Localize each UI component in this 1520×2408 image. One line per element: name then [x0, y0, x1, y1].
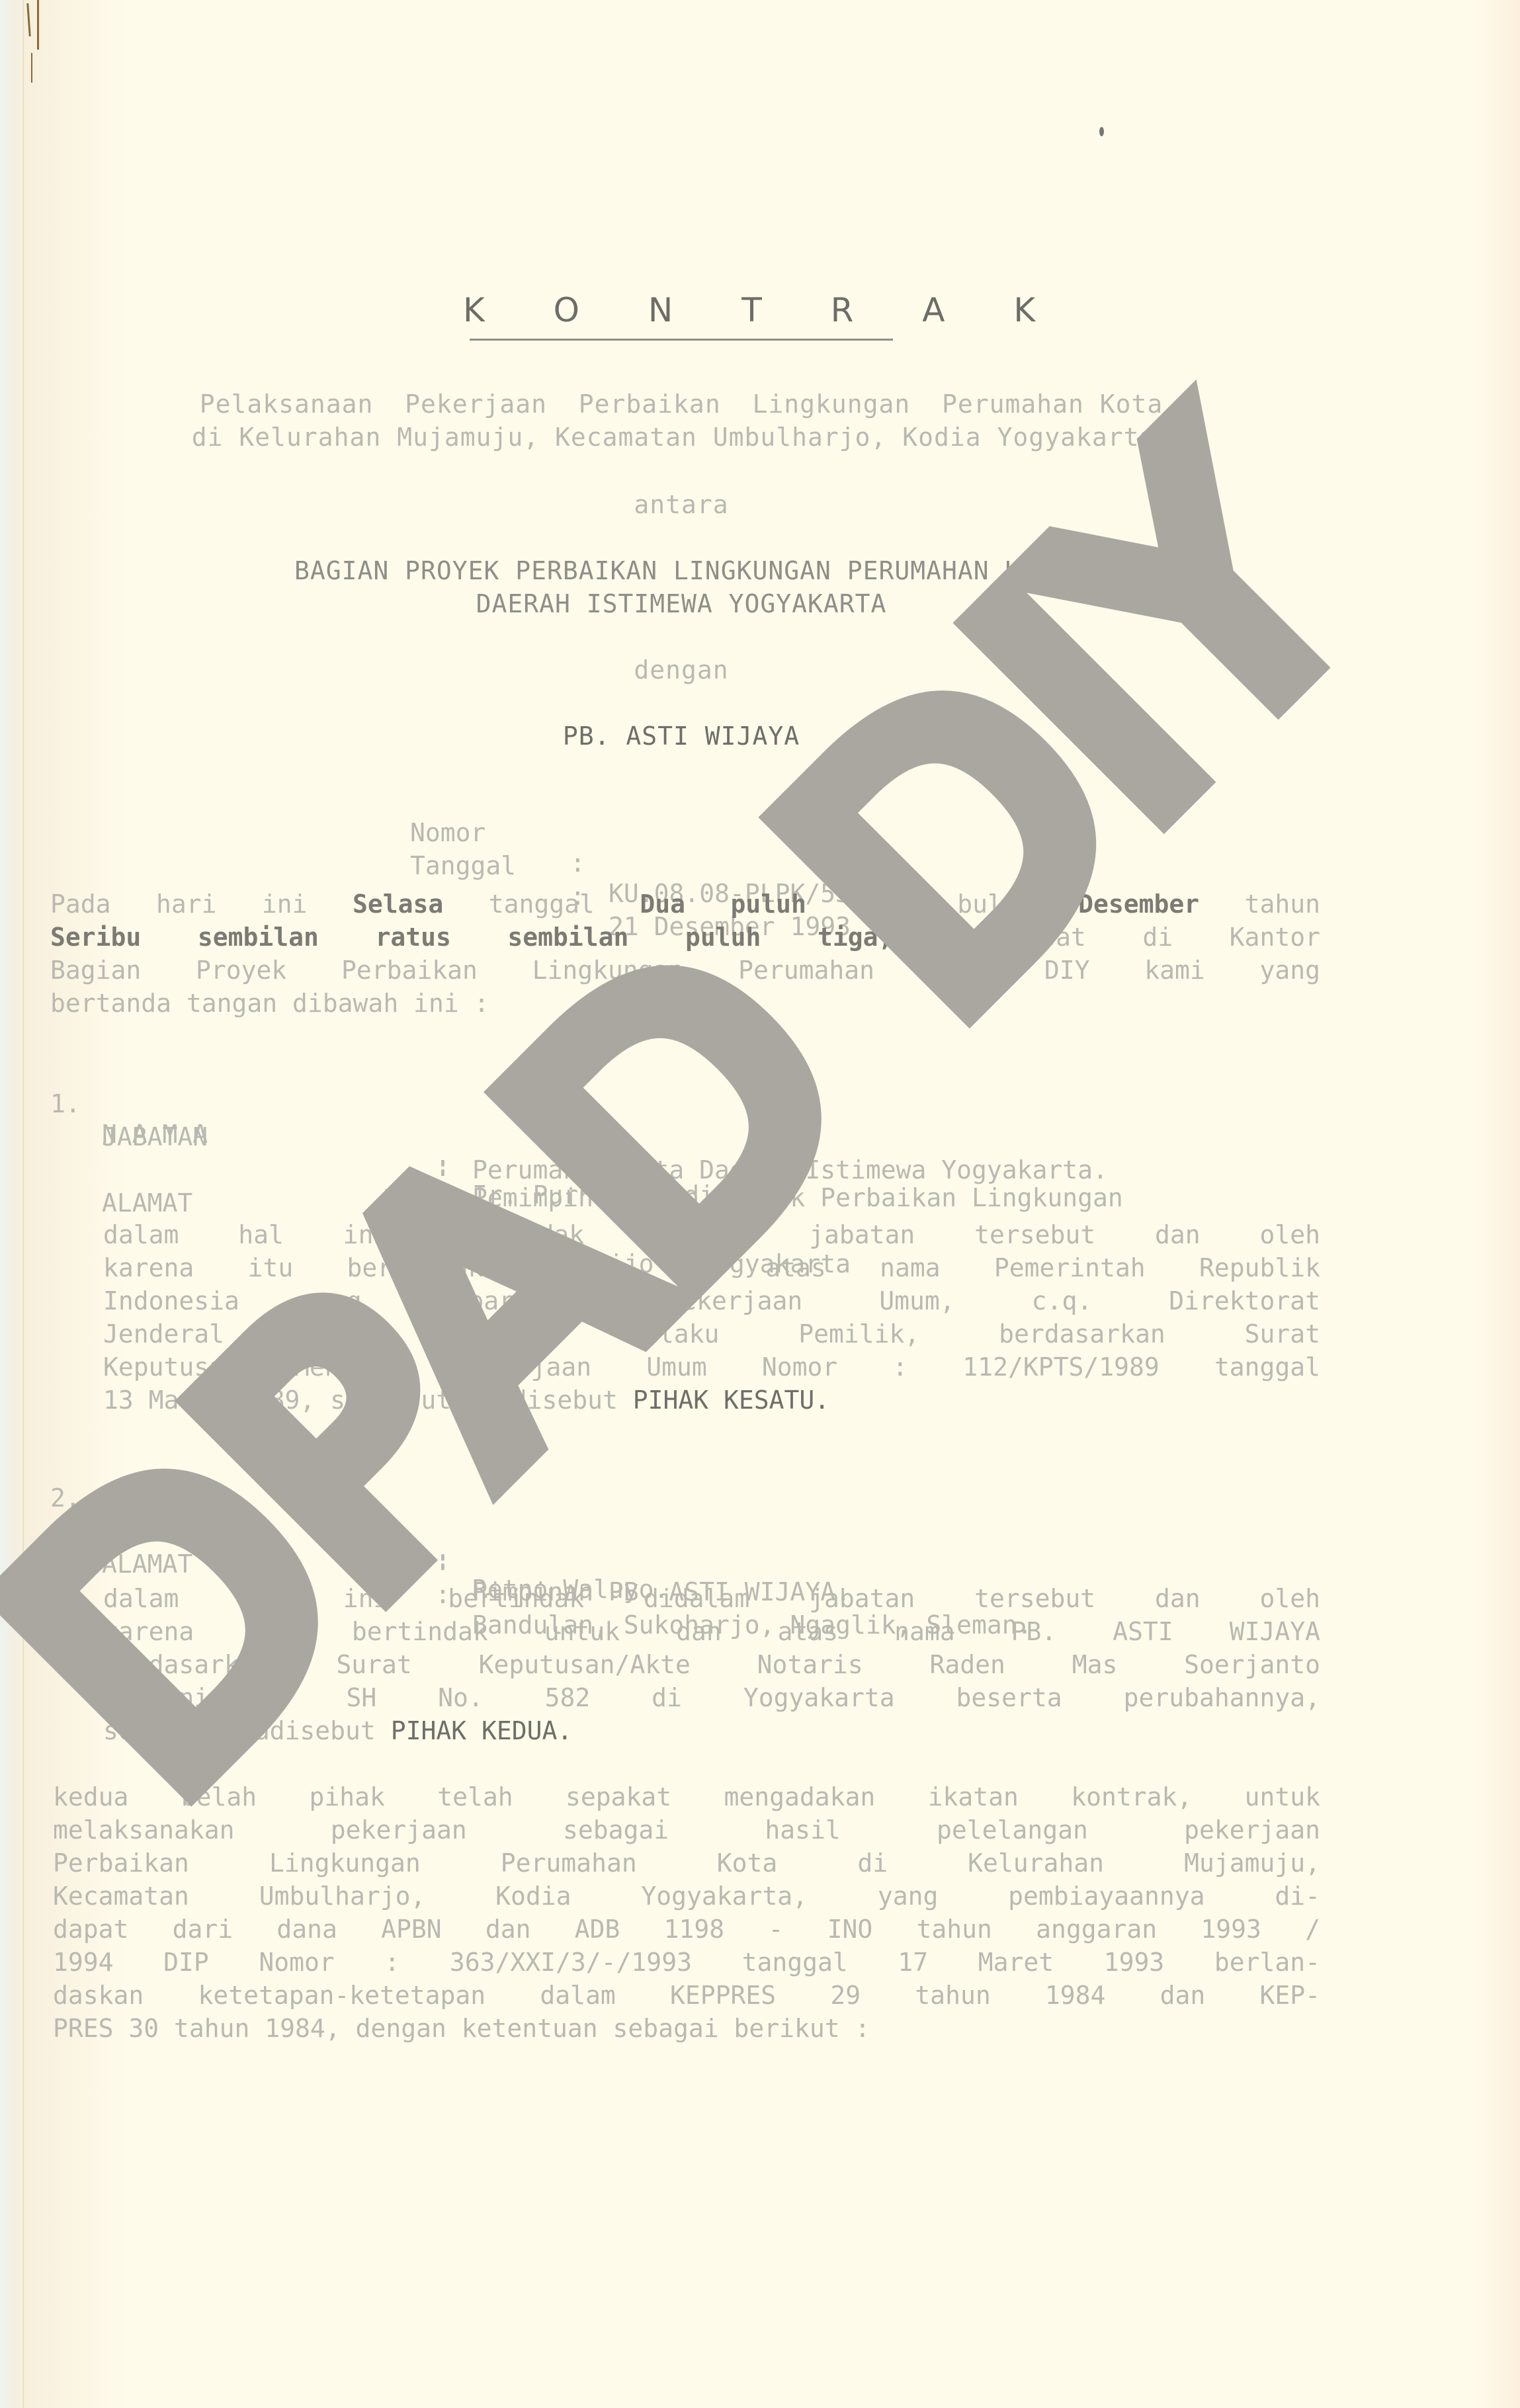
- between-label: antara: [0, 489, 1363, 520]
- party2-jabatan-colon: :: [435, 1546, 450, 1577]
- party1-desc-line-2: karena itu bertindak untuk dan atas nama…: [103, 1251, 1320, 1284]
- subject-line-2: di Kelurahan Mujamuju, Kecamatan Umbulha…: [0, 422, 1363, 452]
- party2-desc-line-3: berdasarkan Surat Keputusan/Akte Notaris…: [103, 1648, 1320, 1681]
- party1-jabatan-value-2: Perumahan Kota Daerah Istimewa Yogyakart…: [472, 1155, 1108, 1185]
- party2-desc-line-4: Partaningrat SH No. 582 di Yogyakarta be…: [103, 1681, 1320, 1714]
- party1-desc-line-5: Keputusan Menteri Pekerjaan Umum Nomor :…: [103, 1350, 1320, 1384]
- stain-mark: [37, 0, 39, 50]
- closing-line-1: kedua belah pihak telah sepakat mengadak…: [53, 1780, 1320, 1813]
- closing-line-6: 1994 DIP Nomor : 363/XXI/3/-/1993 tangga…: [53, 1946, 1320, 1979]
- page-shadow-right: [1474, 0, 1520, 2408]
- date-words: Dua puluh satu: [640, 890, 911, 919]
- page-binding-edge: [0, 0, 24, 2408]
- with-label: dengan: [0, 655, 1363, 685]
- party1-role: PIHAK KESATU.: [633, 1386, 829, 1415]
- nomor-colon: :: [570, 848, 585, 878]
- closing-line-7: daskan ketetapan-ketetapan dalam KEPPRES…: [53, 1979, 1320, 2012]
- opening-line-2: Seribu sembilan ratus sembilan puluh tig…: [50, 921, 1320, 954]
- party2-role: PIHAK KEDUA.: [391, 1716, 573, 1745]
- document-title: K O N T R A K: [463, 291, 1064, 329]
- party1-desc-line-3: Indonesia c.q Departemen Pekerjaan Umum,…: [103, 1284, 1320, 1317]
- party1-jabatan-label: JABATAN: [102, 1122, 208, 1152]
- opening-line-4: bertanda tangan dibawah ini :: [50, 987, 489, 1020]
- opening-line-1: Pada hari ini Selasa tanggal Dua puluh s…: [50, 888, 1320, 921]
- party-one-heading-line-1: BAGIAN PROYEK PERBAIKAN LINGKUNGAN PERUM…: [0, 556, 1363, 586]
- party2-alamat-row: ALAMAT : Bandulan, Sukoharjo, Ngaglik, S…: [50, 1518, 111, 1671]
- stain-mark: [31, 53, 32, 83]
- text: tahun: [1199, 890, 1320, 919]
- party1-desc-line-6: 13 Maret 1989, selanjutnya disebut PIHAK…: [103, 1384, 829, 1417]
- closing-line-4: Kecamatan Umbulharjo, Kodia Yogyakarta, …: [53, 1880, 1320, 1913]
- party2-alamat-label: ALAMAT: [102, 1549, 192, 1579]
- party2-desc-line-1: dalam hal ini bertindak didalam jabatan …: [103, 1582, 1320, 1615]
- tanggal-label: Tanggal: [410, 851, 516, 881]
- party2-desc-line-5: selanjutnyadisebut PIHAK KEDUA.: [103, 1714, 572, 1747]
- party1-alamat-label: ALAMAT: [102, 1188, 192, 1218]
- closing-line-5: dapat dari dana APBN dan ADB 1198 - INO …: [53, 1913, 1320, 1946]
- closing-line-3: Perbaikan Lingkungan Perumahan Kota di K…: [53, 1847, 1320, 1880]
- year-words: Seribu sembilan ratus sembilan puluh tig…: [50, 923, 893, 952]
- ink-dot: [1099, 127, 1104, 136]
- text: bertempat di Kantor: [893, 923, 1320, 952]
- party1-desc-line-4: Jenderal Cipta Karya, selaku Pemilik, be…: [103, 1317, 1320, 1350]
- party1-jabatan-value-1: Pemimpin Bagian Proyek Perbaikan Lingkun…: [472, 1183, 1123, 1213]
- month-name: Desember: [1078, 890, 1199, 919]
- subject-line-1: Pelaksanaan Pekerjaan Perbaikan Lingkung…: [0, 389, 1363, 419]
- text: 13 Maret 1989, selanjutnya disebut: [103, 1386, 633, 1415]
- text: tanggal: [443, 890, 640, 919]
- party2-desc-line-2: karena itu bertindak untuk dan atas nama…: [103, 1615, 1320, 1648]
- party1-alamat-row: ALAMAT : Jalan Bumijo 5 Yogyakarta: [50, 1157, 111, 1309]
- opening-line-3: Bagian Proyek Perbaikan Lingkungan Perum…: [50, 954, 1320, 987]
- text: Pada hari ini: [50, 890, 353, 919]
- party1-jabatan-colon: :: [435, 1152, 450, 1183]
- day-name: Selasa: [353, 890, 443, 919]
- closing-line-2: melaksanakan pekerjaan sebagai hasil pel…: [53, 1813, 1320, 1847]
- text: selanjutnyadisebut: [103, 1716, 391, 1745]
- party-one-heading-line-2: DAERAH ISTIMEWA YOGYAKARTA: [0, 589, 1363, 619]
- title-underline: [470, 339, 893, 341]
- party2-jabatan-label: JABATAN: [102, 1516, 208, 1546]
- party1-desc-line-1: dalam hal ini bertindak didalam jabatan …: [103, 1218, 1320, 1251]
- party-two-heading: PB. ASTI WIJAYA: [0, 721, 1363, 751]
- text: bulan: [912, 890, 1078, 919]
- closing-line-8: PRES 30 tahun 1984, dengan ketentuan seb…: [53, 2012, 870, 2045]
